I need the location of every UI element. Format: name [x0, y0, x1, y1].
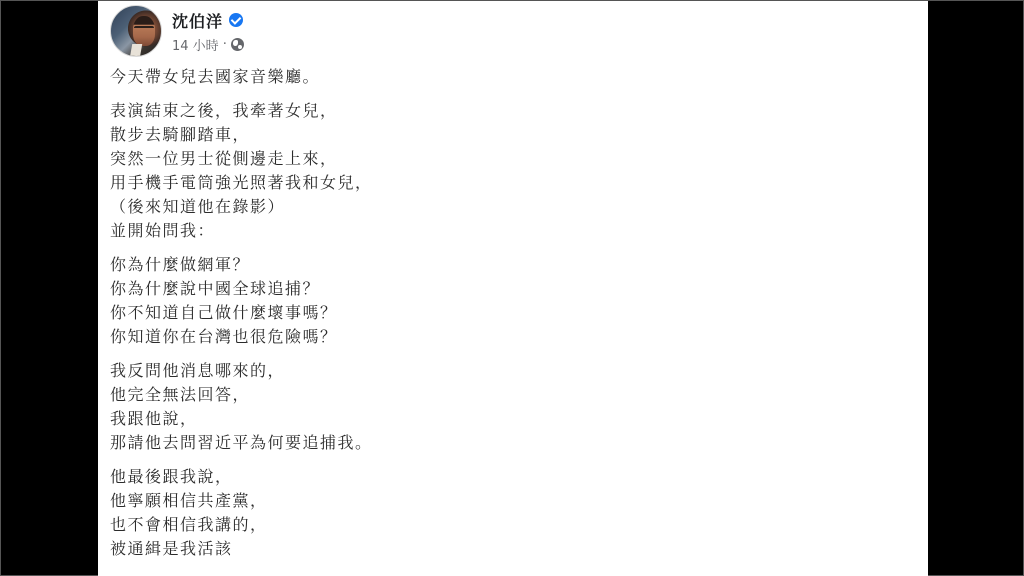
text-line: 表演結束之後，我牽著女兒， [110, 99, 890, 123]
post-timestamp[interactable]: 14 小時 [172, 35, 219, 54]
text-line: （後來知道他在錄影） [110, 195, 890, 219]
text-line: 用手機手電筒強光照著我和女兒， [110, 171, 890, 195]
post-body: 今天帶女兒去國家音樂廳。 表演結束之後，我牽著女兒， 散步去騎腳踏車， 突然一位… [110, 65, 890, 571]
text-line: 我反問他消息哪來的， [110, 359, 890, 383]
video-frame: 沈伯洋 14 小時 · 今天帶女兒去國家音樂廳。 表演結束之後，我牽著女兒， 散… [0, 0, 1024, 576]
post-header: 沈伯洋 14 小時 · [110, 5, 244, 57]
separator-dot: · [223, 37, 227, 52]
author-avatar[interactable] [110, 5, 162, 57]
paragraph: 你為什麼做網軍？ 你為什麼說中國全球追捕？ 你不知道自己做什麼壞事嗎？ 你知道你… [110, 253, 890, 349]
globe-icon[interactable] [231, 38, 244, 51]
paragraph: 我反問他消息哪來的， 他完全無法回答， 我跟他說， 那請他去問習近平為何要追捕我… [110, 359, 890, 455]
text-line: 那請他去問習近平為何要追捕我。 [110, 431, 890, 455]
text-line: 並開始問我： [110, 219, 890, 243]
facebook-post: 沈伯洋 14 小時 · 今天帶女兒去國家音樂廳。 表演結束之後，我牽著女兒， 散… [98, 1, 928, 576]
text-line: 你不知道自己做什麼壞事嗎？ [110, 301, 890, 325]
post-meta: 沈伯洋 14 小時 · [172, 8, 244, 54]
avatar-collar [130, 44, 142, 57]
text-line: 他完全無法回答， [110, 383, 890, 407]
text-line: 今天帶女兒去國家音樂廳。 [110, 65, 890, 89]
paragraph: 今天帶女兒去國家音樂廳。 [110, 65, 890, 89]
paragraph: 他最後跟我說， 他寧願相信共產黨， 也不會相信我講的， 被通緝是我活該 [110, 465, 890, 561]
paragraph: 表演結束之後，我牽著女兒， 散步去騎腳踏車， 突然一位男士從側邊走上來， 用手機… [110, 99, 890, 243]
timestamp-row: 14 小時 · [172, 34, 244, 54]
text-line: 他寧願相信共產黨， [110, 489, 890, 513]
text-line: 也不會相信我講的， [110, 513, 890, 537]
text-line: 他最後跟我說， [110, 465, 890, 489]
text-line: 我跟他說， [110, 407, 890, 431]
text-line: 突然一位男士從側邊走上來， [110, 147, 890, 171]
author-name[interactable]: 沈伯洋 [172, 9, 223, 32]
text-line: 你為什麼說中國全球追捕？ [110, 277, 890, 301]
text-line: 被通緝是我活該 [110, 537, 890, 561]
avatar-glasses [134, 26, 154, 33]
author-row: 沈伯洋 [172, 8, 244, 32]
text-line: 你為什麼做網軍？ [110, 253, 890, 277]
text-line: 你知道你在台灣也很危險嗎？ [110, 325, 890, 349]
verified-badge-icon [229, 13, 243, 27]
text-line: 散步去騎腳踏車， [110, 123, 890, 147]
